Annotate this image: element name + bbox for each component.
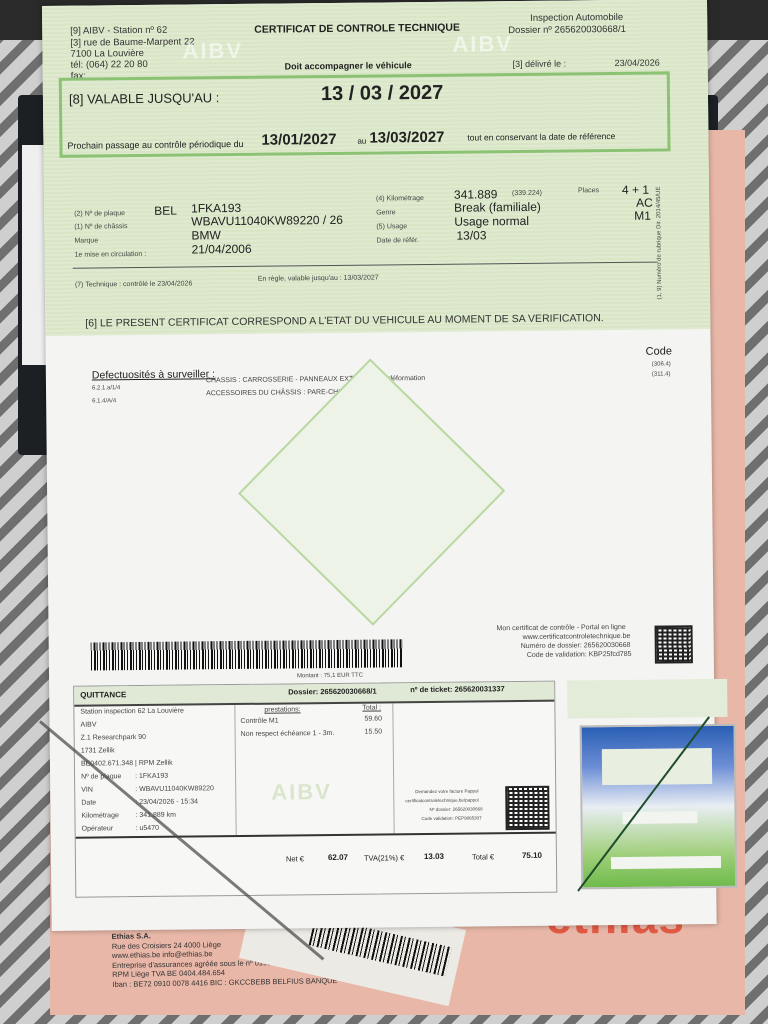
validity-label: [8] VALABLE JUSQU'AU : <box>69 90 220 107</box>
receipt-street: Z.1 Researchpark 90 <box>81 734 146 742</box>
net-label: Net € <box>286 854 304 863</box>
receipt-ticket-number: nº de ticket: 265620031337 <box>410 684 505 694</box>
inspection-label: Inspection Automobile <box>530 12 623 24</box>
receipt-title: QUITTANCE <box>80 690 126 699</box>
certificate-subtitle: Doit accompagner le véhicule <box>285 60 412 71</box>
aibv-watermark: AIBV <box>452 31 513 58</box>
dossier-number: Dossier nº 265620030668/1 <box>508 24 626 36</box>
next-inspection-from: 13/01/2027 <box>261 131 336 149</box>
chassis-value: WBAVU11040KW89220 / 26 <box>191 213 343 229</box>
first-registration-value: 21/04/2006 <box>191 242 251 257</box>
reference-date-value: 13/03 <box>456 228 486 242</box>
sticker-top-panel <box>567 679 727 719</box>
receipt-totals-divider <box>76 832 556 839</box>
barcode-caption: Montant : 75,1 EUR TTC <box>297 673 363 680</box>
next-inspection-between: au <box>357 137 366 146</box>
service-name: Non respect échéance 1 - 3m. <box>241 730 335 738</box>
defect-ref: 6.2.1.a/1/4 <box>92 385 120 391</box>
defects-title: Defectuosités à surveiller : <box>92 368 215 381</box>
inspection-sticker <box>580 724 738 890</box>
receipt-field-value: : WBAVU11040KW89220 <box>135 785 214 793</box>
payment-barcode <box>91 639 403 670</box>
chassis-label: (1) Nº de châssis <box>74 223 127 231</box>
defect-code: (311.4) <box>652 371 671 377</box>
service-amount: 15.50 <box>365 728 383 735</box>
vat-value: 13.03 <box>424 852 444 861</box>
total-label: Total € <box>472 852 494 861</box>
portal-qr-code[interactable] <box>655 625 693 663</box>
service-name: Contrôle M1 <box>240 718 278 725</box>
validity-date: 13 / 03 / 2027 <box>321 82 444 106</box>
invoice-line: Nº dossier: 265620030668 <box>429 806 482 812</box>
code-header: Code <box>646 345 672 357</box>
brand-label: Marque <box>74 237 98 244</box>
usage-label: (5) Usage <box>376 223 407 230</box>
aibv-logo: AIBV <box>271 779 332 806</box>
net-value: 62.07 <box>328 853 348 862</box>
total-value: 75.10 <box>522 851 542 860</box>
portal-url[interactable]: www.certificatcontroletechnique.be <box>523 633 631 641</box>
certificate-title: CERTIFICAT DE CONTROLE TECHNIQUE <box>254 22 460 36</box>
reference-date-label: Date de référ. <box>376 237 418 244</box>
plate-country: BEL <box>154 204 177 218</box>
vehicle-category: M1 <box>634 209 651 223</box>
aibv-watermark: AIBV <box>182 38 243 65</box>
sticker-field <box>611 856 721 869</box>
portal-line-1: Mon certificat de contrôle - Portal en l… <box>497 624 626 632</box>
genre-label: Genre <box>376 209 396 216</box>
portal-validation-code: Code de validation: KBP25fcd785 <box>527 651 632 659</box>
mileage-label: (4) Kilométrage <box>376 195 424 203</box>
service-amount: 59.60 <box>364 715 382 722</box>
brand-value: BMW <box>191 228 220 242</box>
places-label: Places <box>578 187 599 194</box>
address-line: [3] rue de Baume-Marpent 22 <box>70 36 194 48</box>
portal-dossier: Numéro de dossier: 265620030668 <box>521 642 631 650</box>
invoice-qr-code[interactable] <box>505 786 549 830</box>
first-registration-label: 1e mise en circulation : <box>75 251 147 259</box>
receipt-column-divider <box>234 705 236 835</box>
receipt-column-divider <box>392 703 394 833</box>
next-inspection-suffix: tout en conservant la date de référence <box>467 131 615 143</box>
receipt-field-value: : 23/04/2026 - 15:34 <box>135 798 198 806</box>
usage-value: Usage normal <box>454 214 529 229</box>
station-line: [9] AIBV - Station nº 62 <box>70 25 167 37</box>
invoice-line: Demandez votre facture Pappol <box>415 788 478 794</box>
invoice-line: certificatcontroletechnique.be/pappol <box>405 797 478 803</box>
receipt-section: QUITTANCE Dossier: 265620030668/1 nº de … <box>73 681 557 898</box>
technique-line: (7) Technique : contrôlé le 23/04/2026 <box>75 280 192 288</box>
receipt-field-value: : u5470 <box>136 825 159 832</box>
directive-note: (1, 9) Numéro de rubrique Dir. 2014/45/U… <box>656 186 663 299</box>
receipt-field-label: Kilométrage <box>81 812 118 819</box>
genre-value: Break (familiale) <box>454 200 541 215</box>
tel-line: tél: (064) 22 20 80 <box>71 59 148 71</box>
receipt-city: 1731 Zellik <box>81 747 115 754</box>
invoice-line: Code validation: PEP9865307 <box>422 815 482 821</box>
defect-ref: 6.1.4/A/4 <box>92 398 116 404</box>
sticker-emblem <box>602 748 712 785</box>
services-header: prestations: <box>264 706 300 713</box>
mileage-previous: (339.224) <box>512 190 542 197</box>
plate-label: (2) Nº de plaque <box>74 210 125 218</box>
delivered-label: [3] délivré le : <box>513 59 567 70</box>
conformity-line: En règle, valable jusqu'au : 13/03/2027 <box>258 274 379 282</box>
receipt-field-value: : 1FKA193 <box>135 773 168 780</box>
receipt-station: Station inspection 62 La Louvière <box>80 708 184 716</box>
receipt-dossier: Dossier: 265620030668/1 <box>288 687 376 697</box>
receipt-field-label: Date <box>81 799 96 806</box>
vat-label: TVA(21%) € <box>364 853 404 862</box>
next-inspection-prefix: Prochain passage au contrôle périodique … <box>67 139 243 151</box>
receipt-field-label: Opérateur <box>82 825 114 832</box>
watermark-diamond <box>238 358 505 625</box>
total-header: Total : <box>362 704 381 711</box>
inspection-certificate: [9] AIBV - Station nº 62 [3] rue de Baum… <box>42 0 717 931</box>
receipt-company: AIBV <box>80 721 96 728</box>
city-line: 7100 La Louvière <box>70 48 144 60</box>
delivered-date: 23/04/2026 <box>615 58 660 68</box>
defect-code: (306.4) <box>652 361 671 367</box>
next-inspection-to: 13/03/2027 <box>369 129 444 147</box>
receipt-field-label: VIN <box>81 787 93 794</box>
